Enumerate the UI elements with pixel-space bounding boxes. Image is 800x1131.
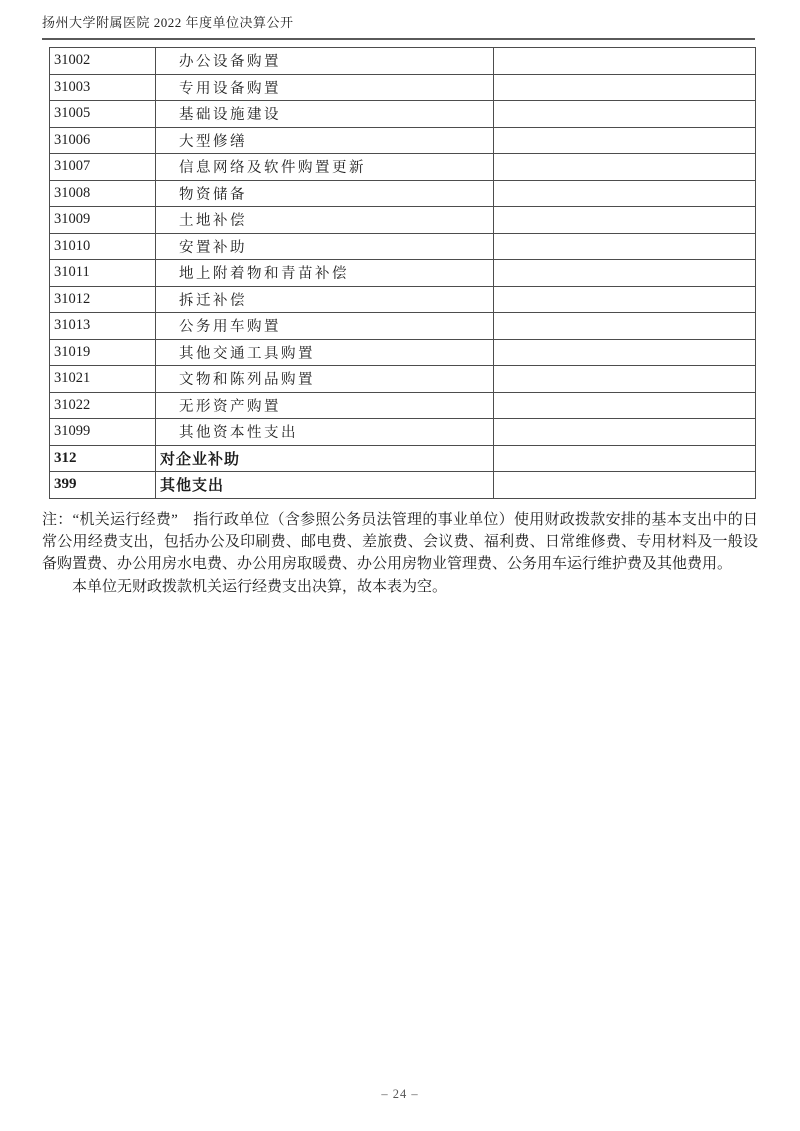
table-row: 312 对企业补助	[50, 445, 756, 472]
table-row: 31019 其他交通工具购置	[50, 339, 756, 366]
value-cell	[494, 101, 756, 128]
value-cell	[494, 445, 756, 472]
table-row: 31009 土地补偿	[50, 207, 756, 234]
item-name-cell: 公务用车购置	[156, 313, 494, 340]
value-cell	[494, 48, 756, 75]
code-cell: 31012	[50, 286, 156, 313]
table-body: 31002 办公设备购置 31003 专用设备购置 31005 基础设施建设 3…	[50, 48, 756, 499]
table-row: 31099 其他资本性支出	[50, 419, 756, 446]
code-cell: 31003	[50, 74, 156, 101]
item-name-cell: 其他支出	[156, 472, 494, 499]
table-row: 31011 地上附着物和青苗补偿	[50, 260, 756, 287]
value-cell	[494, 260, 756, 287]
table-row: 31010 安置补助	[50, 233, 756, 260]
item-name-cell: 物资储备	[156, 180, 494, 207]
item-name-cell: 拆迁补偿	[156, 286, 494, 313]
item-name-cell: 文物和陈列品购置	[156, 366, 494, 393]
table-row: 31007 信息网络及软件购置更新	[50, 154, 756, 181]
item-name-cell: 信息网络及软件购置更新	[156, 154, 494, 181]
value-cell	[494, 419, 756, 446]
code-cell: 399	[50, 472, 156, 499]
value-cell	[494, 313, 756, 340]
budget-items-table: 31002 办公设备购置 31003 专用设备购置 31005 基础设施建设 3…	[49, 47, 756, 499]
item-name-cell: 安置补助	[156, 233, 494, 260]
item-name-cell: 基础设施建设	[156, 101, 494, 128]
footnote-paragraph-1: 注：“机关运行经费” 指行政单位（含参照公务员法管理的事业单位）使用财政拨款安排…	[42, 509, 758, 576]
code-cell: 31019	[50, 339, 156, 366]
item-name-cell: 其他交通工具购置	[156, 339, 494, 366]
value-cell	[494, 233, 756, 260]
item-name-cell: 专用设备购置	[156, 74, 494, 101]
value-cell	[494, 472, 756, 499]
value-cell	[494, 180, 756, 207]
value-cell	[494, 392, 756, 419]
code-cell: 31002	[50, 48, 156, 75]
footnote-block: 注：“机关运行经费” 指行政单位（含参照公务员法管理的事业单位）使用财政拨款安排…	[42, 509, 758, 598]
code-cell: 31006	[50, 127, 156, 154]
item-name-cell: 办公设备购置	[156, 48, 494, 75]
code-cell: 31022	[50, 392, 156, 419]
value-cell	[494, 127, 756, 154]
value-cell	[494, 154, 756, 181]
table-row: 31002 办公设备购置	[50, 48, 756, 75]
value-cell	[494, 207, 756, 234]
value-cell	[494, 74, 756, 101]
table-row: 31008 物资储备	[50, 180, 756, 207]
code-cell: 31005	[50, 101, 156, 128]
page-number: – 24 –	[0, 1087, 800, 1102]
code-cell: 31099	[50, 419, 156, 446]
value-cell	[494, 286, 756, 313]
item-name-cell: 无形资产购置	[156, 392, 494, 419]
value-cell	[494, 366, 756, 393]
table-row: 31006 大型修缮	[50, 127, 756, 154]
item-name-cell: 大型修缮	[156, 127, 494, 154]
code-cell: 31007	[50, 154, 156, 181]
item-name-cell: 地上附着物和青苗补偿	[156, 260, 494, 287]
code-cell: 31009	[50, 207, 156, 234]
table-row: 31012 拆迁补偿	[50, 286, 756, 313]
table-row: 31022 无形资产购置	[50, 392, 756, 419]
item-name-cell: 其他资本性支出	[156, 419, 494, 446]
code-cell: 31010	[50, 233, 156, 260]
table-row: 399 其他支出	[50, 472, 756, 499]
code-cell: 31013	[50, 313, 156, 340]
table-row: 31013 公务用车购置	[50, 313, 756, 340]
item-name-cell: 土地补偿	[156, 207, 494, 234]
code-cell: 31008	[50, 180, 156, 207]
code-cell: 31021	[50, 366, 156, 393]
item-name-cell: 对企业补助	[156, 445, 494, 472]
table-row: 31003 专用设备购置	[50, 74, 756, 101]
table-row: 31021 文物和陈列品购置	[50, 366, 756, 393]
footnote-paragraph-2: 本单位无财政拨款机关运行经费支出决算，故本表为空。	[42, 576, 758, 598]
table-row: 31005 基础设施建设	[50, 101, 756, 128]
code-cell: 31011	[50, 260, 156, 287]
value-cell	[494, 339, 756, 366]
document-page: { "header": { "title": "扬州大学附属医院 2022 年度…	[0, 0, 800, 1131]
code-cell: 312	[50, 445, 156, 472]
page-title: 扬州大学附属医院 2022 年度单位决算公开	[42, 12, 755, 40]
